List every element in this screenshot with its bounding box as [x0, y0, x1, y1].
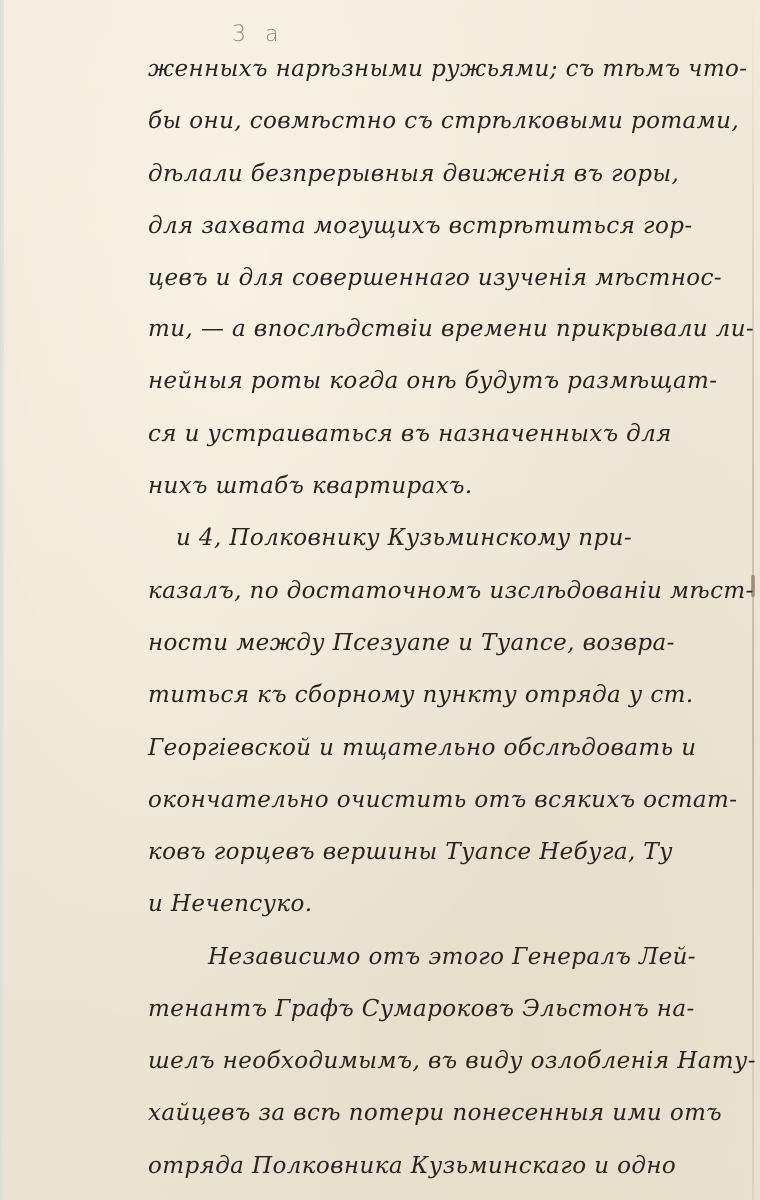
text-line-2: бы они, совмѣстно съ стрѣлковыми ротами, [148, 110, 739, 133]
text-line-6: ти, — а впослѣдствіи времени прикрывали … [148, 318, 754, 341]
text-line-13: титься къ сборному пункту отряда у ст. [148, 684, 694, 707]
text-line-1: женныхъ нарѣзными ружьями; съ тѣмъ что- [148, 58, 747, 81]
text-line-21: хайцевъ за всѣ потери понесенныя ими отъ [148, 1102, 722, 1125]
text-line-3: дѣлали безпрерывныя движенія въ горы, [148, 163, 679, 186]
text-line-15: окончательно очистить отъ всякихъ остат- [148, 789, 737, 812]
text-line-20: шелъ необходимымъ, въ виду озлобленія На… [148, 1050, 756, 1073]
text-line-14: Георгіевской и тщательно обслѣдовать и [148, 737, 696, 760]
text-line-9: нихъ штабъ квартирахъ. [148, 475, 473, 498]
text-line-11: казалъ, по достаточномъ изслѣдованіи мѣс… [148, 580, 754, 603]
text-line-10: и 4, Полковнику Кузьминскому при- [176, 527, 632, 550]
text-line-12: ности между Псезуапе и Туапсе, возвра- [148, 632, 675, 655]
text-line-7: нейныя роты когда онѣ будутъ размѣщат- [148, 370, 717, 393]
text-line-16: ковъ горцевъ вершины Туапсе Небуга, Ту [148, 841, 673, 864]
text-line-18: Независимо отъ этого Генералъ Лей- [208, 946, 696, 969]
manuscript-page: 3 a женныхъ нарѣзными ружьями; съ тѣмъ ч… [0, 0, 760, 1200]
text-line-19: тенантъ Графъ Сумароковъ Эльстонъ на- [148, 998, 695, 1021]
page-left-edge [0, 0, 4, 1200]
text-line-5: цевъ и для совершеннаго изученія мѣстнос… [148, 267, 722, 290]
text-line-4: для захвата могущихъ встрѣтиться гор- [148, 215, 693, 238]
text-line-17: и Нечепсуко. [148, 893, 312, 916]
text-line-22: отряда Полковника Кузьминскаго и одно [148, 1155, 676, 1178]
folio-number: 3 a [232, 22, 284, 47]
text-line-8: ся и устраиваться въ назначенныхъ для [148, 423, 672, 446]
